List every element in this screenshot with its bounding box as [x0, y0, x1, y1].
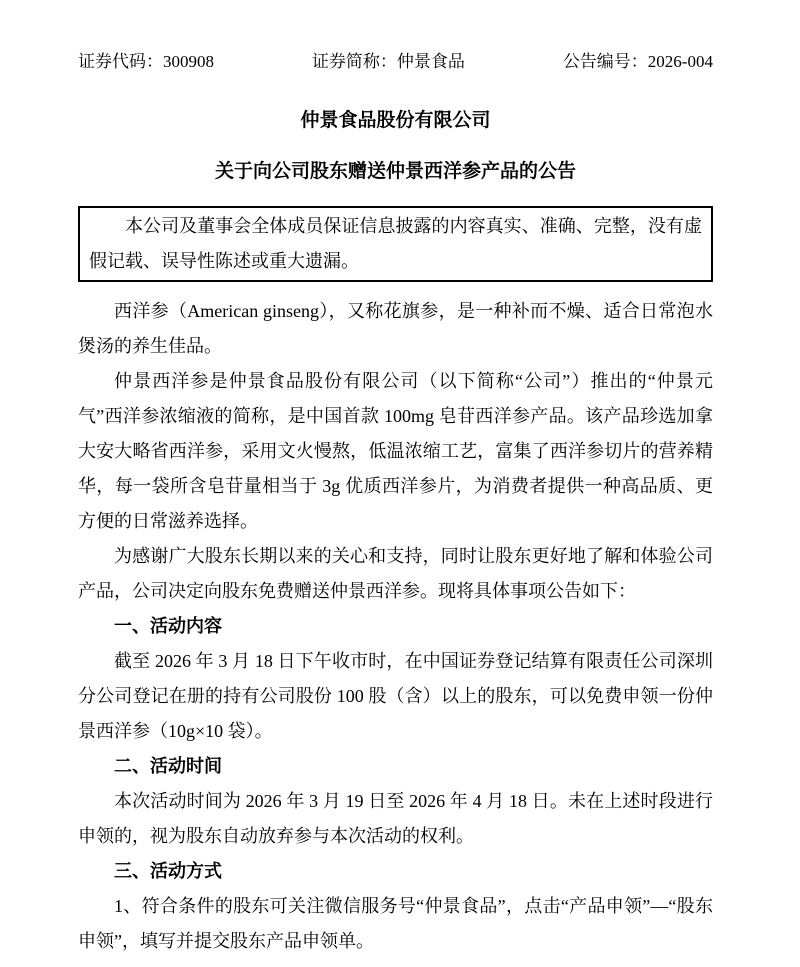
- intro-paragraph-2: 仲景西洋参是仲景食品股份有限公司（以下简称“公司”）推出的“仲景元气”西洋参浓缩…: [78, 364, 713, 539]
- section-2-heading: 二、活动时间: [78, 749, 713, 784]
- section-2-paragraph: 本次活动时间为 2026 年 3 月 19 日至 2026 年 4 月 18 日…: [78, 784, 713, 854]
- announcement-title: 关于向公司股东赠送仲景西洋参产品的公告: [78, 159, 713, 184]
- company-name-title: 仲景食品股份有限公司: [78, 108, 713, 133]
- document-body: 西洋参（American ginseng），又称花旗参，是一种补而不燥、适合日常…: [78, 294, 713, 959]
- section-3-heading: 三、活动方式: [78, 854, 713, 889]
- stock-short-name: 证券简称：仲景食品: [312, 52, 465, 72]
- section-3-paragraph: 1、符合条件的股东可关注微信服务号“仲景食品”，点击“产品申领”—“股东申领”，…: [78, 889, 713, 959]
- stock-code: 证券代码：300908: [78, 52, 214, 72]
- section-1-paragraph: 截至 2026 年 3 月 18 日下午收市时，在中国证券登记结算有限责任公司深…: [78, 644, 713, 749]
- document-meta-row: 证券代码：300908 证券简称：仲景食品 公告编号：2026-004: [78, 52, 713, 72]
- disclosure-statement-text: 本公司及董事会全体成员保证信息披露的内容真实、准确、完整，没有虚假记载、误导性陈…: [89, 209, 702, 279]
- announcement-document: 证券代码：300908 证券简称：仲景食品 公告编号：2026-004 仲景食品…: [0, 0, 800, 967]
- section-1-heading: 一、活动内容: [78, 609, 713, 644]
- announcement-number: 公告编号：2026-004: [563, 52, 713, 72]
- intro-paragraph-1: 西洋参（American ginseng），又称花旗参，是一种补而不燥、适合日常…: [78, 294, 713, 364]
- intro-paragraph-3: 为感谢广大股东长期以来的关心和支持，同时让股东更好地了解和体验公司产品，公司决定…: [78, 539, 713, 609]
- disclosure-statement-box: 本公司及董事会全体成员保证信息披露的内容真实、准确、完整，没有虚假记载、误导性陈…: [78, 206, 713, 282]
